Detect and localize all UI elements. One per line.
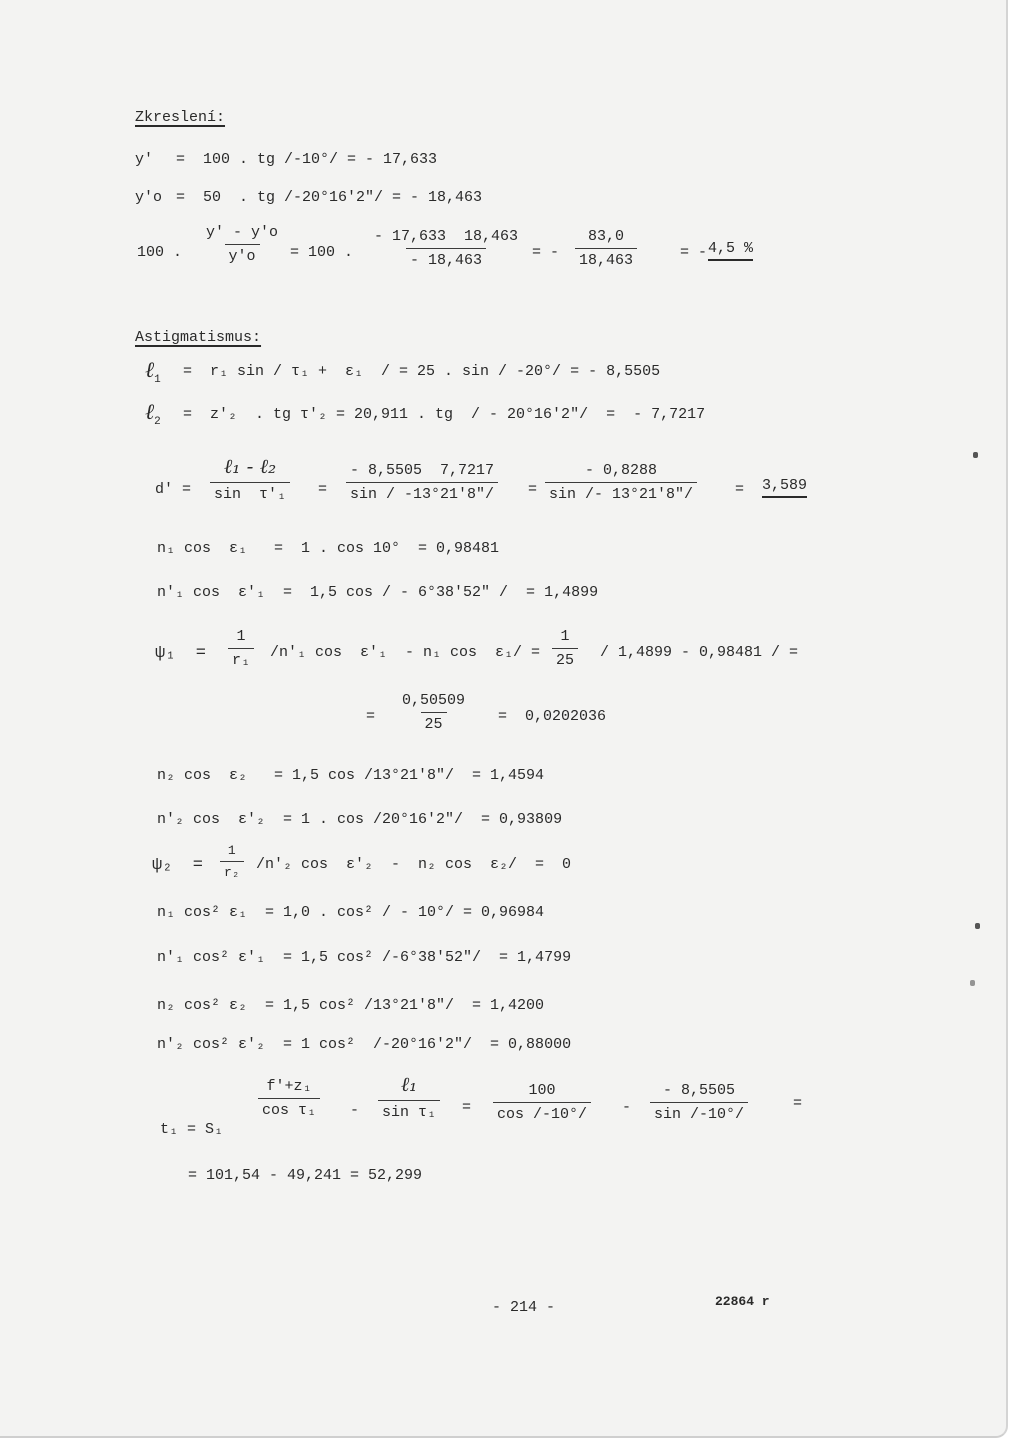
psi2-rhs: /n'₂ cos ε'₂ - n₂ cos ε₂/ = 0 [256,857,571,872]
psi1-tail: / 1,4899 - 0,98481 / = [600,645,798,660]
fraction: 1 r₁ [228,628,254,669]
n1-cos-line: n₁ cos ε₁ = 1 . cos 10° = 0,98481 [157,541,499,556]
denominator: r₂ [220,861,244,880]
fraction: - 17,633 18,463 - 18,463 [370,228,522,269]
scan-speck [973,452,978,458]
operator: = [793,1096,802,1111]
operator: = 100 . [290,245,353,260]
d-lhs: d' = [155,482,191,497]
heading-astigmatism: Astigmatismus: [135,330,261,345]
n1-cos2-line: n₁ cos² ε₁ = 1,0 . cos² / - 10°/ = 0,969… [157,905,544,920]
fraction: ℓ₁ - ℓ₂ sin τ'₁ [210,454,290,503]
distortion-eq: = [176,152,185,167]
denominator: sin / -13°21'8"/ [346,482,498,503]
l2-equation: = z'₂ . tg τ'₂ = 20,911 . tg / - 20°16'2… [183,407,705,422]
denominator: r₁ [228,648,254,669]
n2-cos-line: n₂ cos ε₂ = 1,5 cos /13°21'8"/ = 1,4594 [157,768,544,783]
distortion-eq: = [176,190,185,205]
fraction: 1 25 [552,628,578,669]
psi1-middle: /n'₁ cos ε'₁ - n₁ cos ε₁/ = [270,645,540,660]
psi2-lhs: ψ₂ = [152,857,203,874]
numerator: ℓ₁ [397,1072,421,1100]
fraction: 100 cos /-10°/ [493,1082,591,1123]
fraction: ℓ₁ sin τ₁ [378,1072,440,1121]
psi1-result: = 0,0202036 [498,709,606,724]
l1-symbol: ℓ1 [145,360,161,386]
distortion-prefix: 100 . [137,245,182,260]
operator: = [366,709,375,724]
denominator: sin /-10°/ [650,1102,748,1123]
numerator: f'+z₁ [263,1078,316,1098]
numerator: 83,0 [584,228,628,248]
denominator: - 18,463 [406,248,486,269]
distortion-y-prime-rhs: 100 . tg /-10°/ = - 17,633 [203,152,437,167]
fraction: - 8,5505 sin /-10°/ [650,1082,748,1123]
n1-prime-cos-line: n'₁ cos ε'₁ = 1,5 cos / - 6°38'52" / = 1… [157,585,598,600]
operator: - [350,1103,359,1118]
fraction: f'+z₁ cos τ₁ [258,1078,320,1119]
t1-result-line: = 101,54 - 49,241 = 52,299 [188,1168,422,1183]
denominator: 25 [421,712,447,733]
l1-equation: = r₁ sin / τ₁ + ε₁ / = 25 . sin / -20°/ … [183,364,660,379]
denominator: y'o [225,244,260,265]
page-number: - 214 - [492,1300,555,1315]
denominator: cos /-10°/ [493,1102,591,1123]
operator: - [622,1100,631,1115]
numerator: ℓ₁ - ℓ₂ [220,454,280,482]
denominator: 25 [552,648,578,669]
paper-sheet: Zkreslení: y' = 100 . tg /-10°/ = - 17,6… [0,0,1008,1438]
fraction: 1 r₂ [220,843,244,880]
scan-speck [970,980,975,986]
fraction: - 8,5505 7,7217 sin / -13°21'8"/ [346,462,498,503]
l2-symbol: ℓ2 [145,402,161,428]
numerator: - 8,5505 7,7217 [346,462,498,482]
fraction: 0,50509 25 [398,692,469,733]
n2-prime-cos-line: n'₂ cos ε'₂ = 1 . cos /20°16'2"/ = 0,938… [157,812,562,827]
distortion-y0-rhs: 50 . tg /-20°16'2"/ = - 18,463 [203,190,482,205]
numerator: 0,50509 [398,692,469,712]
numerator: - 0,8288 [581,462,661,482]
distortion-y-prime-lhs: y' [135,152,153,167]
scan-speck [975,923,980,929]
numerator: 100 [525,1082,560,1102]
document-code: 22864 r [715,1295,770,1308]
operator: = - [680,245,707,260]
denominator: cos τ₁ [258,1098,320,1119]
numerator: 1 [233,628,250,648]
operator: = [528,482,537,497]
numerator: y' - y'o [202,224,282,244]
operator: = [462,1100,471,1115]
n2-cos2-line: n₂ cos² ε₂ = 1,5 cos² /13°21'8"/ = 1,420… [157,998,544,1013]
d-result: 3,589 [762,478,807,498]
denominator: 18,463 [575,248,637,269]
fraction: - 0,8288 sin /- 13°21'8"/ [545,462,697,503]
denominator: sin /- 13°21'8"/ [545,482,697,503]
operator: = [318,482,327,497]
n1-prime-cos2-line: n'₁ cos² ε'₁ = 1,5 cos² /-6°38'52"/ = 1,… [157,950,571,965]
fraction: y' - y'o y'o [202,224,282,265]
distortion-y0-lhs: y'o [135,190,162,205]
denominator: sin τ₁ [378,1100,440,1121]
t1-lhs: t₁ = S₁ [160,1122,223,1137]
operator: = [735,482,744,497]
denominator: sin τ'₁ [210,482,290,503]
numerator: 1 [224,843,240,861]
numerator: 1 [557,628,574,648]
numerator: - 17,633 18,463 [370,228,522,248]
heading-distortion: Zkreslení: [135,110,225,125]
fraction: 83,0 18,463 [575,228,637,269]
operator: = - [532,245,559,260]
n2-prime-cos2-line: n'₂ cos² ε'₂ = 1 cos² /-20°16'2"/ = 0,88… [157,1037,571,1052]
distortion-result: 4,5 % [708,241,753,261]
numerator: - 8,5505 [659,1082,739,1102]
psi1-lhs: ψ₁ = [155,645,206,662]
